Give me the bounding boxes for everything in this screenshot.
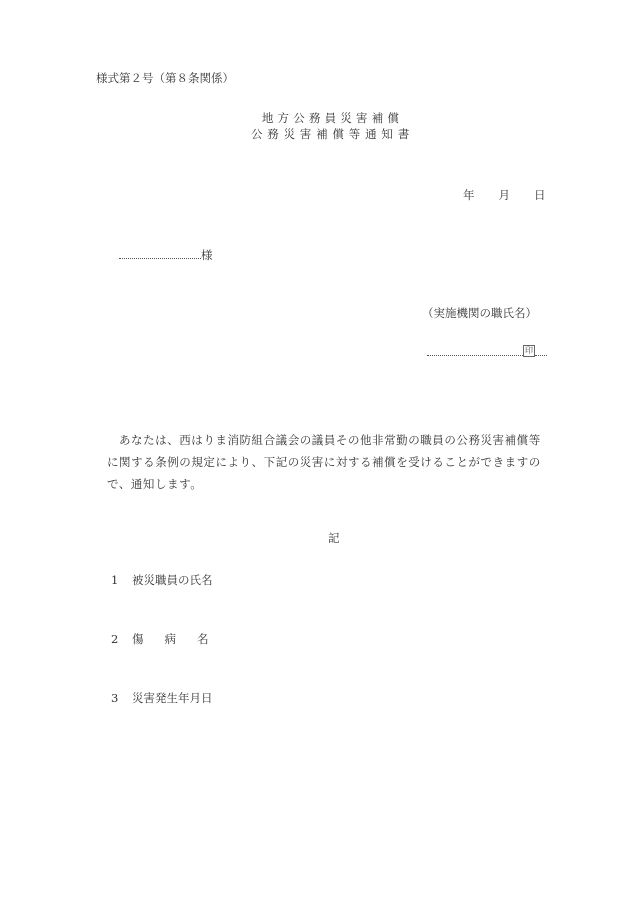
date-field: 年月日 bbox=[463, 187, 546, 203]
issuer-label: （実施機関の職氏名） bbox=[422, 305, 537, 321]
item-number: 1 bbox=[111, 573, 132, 587]
issuer-signature-field: 印 bbox=[427, 345, 547, 360]
document-title-line1: 地方公務員災害補償 bbox=[0, 110, 630, 126]
document-title-line2: 公務災害補償等通知書 bbox=[0, 126, 630, 142]
item-number: 3 bbox=[111, 691, 132, 705]
addressee-suffix: 様 bbox=[201, 248, 213, 262]
issuer-name-blank bbox=[427, 345, 523, 356]
year-label: 年 bbox=[463, 187, 475, 203]
item-label: 傷病名 bbox=[132, 632, 230, 646]
item-number: 2 bbox=[111, 632, 132, 646]
day-label: 日 bbox=[534, 187, 546, 203]
item-label: 災害発生年月日 bbox=[132, 691, 213, 705]
seal-icon: 印 bbox=[523, 345, 535, 357]
addressee-field: 様 bbox=[119, 247, 213, 263]
notes-heading: 記 bbox=[328, 530, 340, 546]
addressee-name-blank bbox=[119, 248, 201, 259]
list-item: 1被災職員の氏名 bbox=[111, 572, 213, 588]
issuer-name-blank-tail bbox=[535, 345, 547, 356]
list-item: 2傷病名 bbox=[111, 631, 230, 647]
list-item: 3災害発生年月日 bbox=[111, 690, 213, 706]
form-number: 様式第２号（第８条関係） bbox=[96, 70, 234, 86]
item-label: 被災職員の氏名 bbox=[132, 573, 213, 587]
month-label: 月 bbox=[499, 187, 511, 203]
notification-body: あなたは、西はりま消防組合議会の議員その他非常勤の職員の公務災害補償等に関する条… bbox=[107, 429, 552, 495]
